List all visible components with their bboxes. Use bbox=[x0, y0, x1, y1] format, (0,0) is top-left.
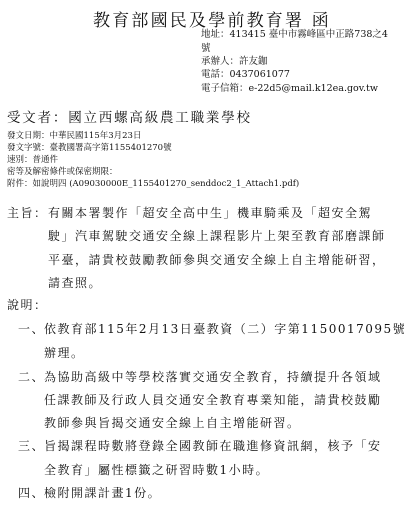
phone: 電話：0437061077 bbox=[201, 68, 290, 82]
item-number: 一、 bbox=[18, 320, 45, 337]
item-line: 旨揭課程時數將登錄全國教師在職進修資訊網，核予「安 bbox=[44, 437, 382, 454]
subject-line: 駛」汽車駕駛交通安全線上課程影片上架至教育部磨課師 bbox=[48, 227, 386, 244]
recipient: 受文者：國立西螺高級農工職業學校 bbox=[7, 106, 252, 126]
item-line: 教師參與旨揭交通安全線上自主增能研習。 bbox=[44, 414, 301, 431]
subject-line: 有關本署製作「超安全高中生」機車騎乘及「超安全駕 bbox=[48, 204, 372, 221]
item-line: 全教育」屬性標籤之研習時數1小時。 bbox=[44, 461, 269, 478]
item-number: 三、 bbox=[18, 437, 45, 454]
address-line: 地址：413415 臺中市霧峰區中正路738之4 bbox=[201, 28, 388, 42]
subject-label: 主旨： bbox=[7, 204, 48, 221]
subject-line: 請查照。 bbox=[48, 274, 102, 291]
speed: 速別：普通件 bbox=[7, 154, 58, 166]
address-line-cont: 號 bbox=[201, 42, 211, 56]
subject-line: 平臺，請貴校鼓勵教師參與交通安全線上自主增能研習， bbox=[48, 251, 386, 268]
explanation-label: 說明： bbox=[7, 296, 48, 313]
confidentiality: 密等及解密條件或保密期限： bbox=[7, 166, 118, 178]
doc-number: 發文字號：臺教國署高字第1155401270號 bbox=[7, 142, 172, 154]
item-line: 檢附開課計畫1份。 bbox=[44, 484, 161, 501]
item-number: 二、 bbox=[18, 368, 45, 385]
handler: 承辦人：許友鉫 bbox=[201, 55, 268, 69]
attachment: 附件：如說明四 (A09030000E_1155401270_senddoc2_… bbox=[7, 178, 299, 190]
item-line: 任課教師及行政人員交通安全教育專業知能，請貴校鼓勵 bbox=[44, 391, 382, 408]
item-line: 依教育部115年2月13日臺教資（二）字第1150017095號函 bbox=[44, 320, 404, 337]
item-line: 為協助高級中等學校落實交通安全教育，持續提升各領域 bbox=[44, 368, 382, 385]
item-number: 四、 bbox=[18, 484, 45, 501]
email: 電子信箱：e-22d5@mail.k12ea.gov.tw bbox=[201, 82, 378, 96]
item-line: 辦理。 bbox=[44, 344, 85, 361]
issue-date: 發文日期：中華民國115年3月23日 bbox=[7, 130, 141, 142]
